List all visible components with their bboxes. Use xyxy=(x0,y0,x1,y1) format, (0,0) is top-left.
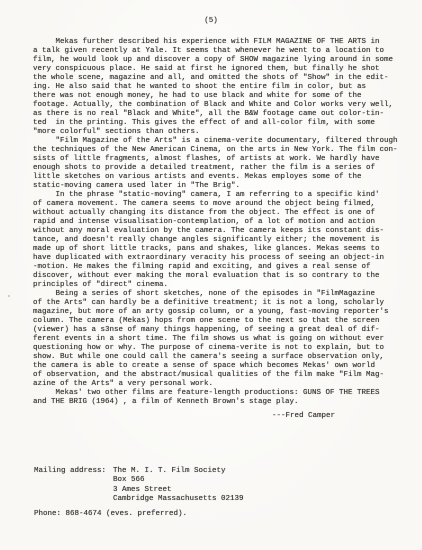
body-text-line: magazine, but more of an arty gossip col… xyxy=(33,308,405,317)
body-text-line: "more colorful" sections than others. xyxy=(33,128,405,137)
body-text-line: Mekas further described his experience w… xyxy=(33,38,405,47)
body-text-line: show. But while one could call the camer… xyxy=(33,353,405,362)
body-text-line: ing. He also said that he wanted to shoo… xyxy=(33,83,405,92)
body-text-line: principles of "direct" cinema. xyxy=(33,281,405,290)
body-text-line: of the Arts" can hardly be a definitive … xyxy=(33,299,405,308)
body-text-line: In the phrase "static-moving" camera, I … xyxy=(33,191,405,200)
body-text-line: made up of short little tracks, pans and… xyxy=(33,245,405,254)
body-text-line: Mekas' two other films are feature-lengt… xyxy=(33,389,405,398)
mailing-address-lines: The M. I. T. Film SocietyBox 5663 Ames S… xyxy=(113,467,244,504)
body-text-line: enough shots to provide a detailed treat… xyxy=(33,164,405,173)
body-text-line: little sketches on various artists and e… xyxy=(33,173,405,182)
body-text-line: column. The camera (Mekas) hops from one… xyxy=(33,317,405,326)
body-text-line: very conspicuous place. He said at first… xyxy=(33,65,405,74)
body-text-line: as there is no real "Black and White", a… xyxy=(33,110,405,119)
body-text-line: tance, and doesn't really change angles … xyxy=(33,236,405,245)
mailing-address-line: 3 Ames Street xyxy=(113,486,244,495)
body-text-line: sists of little fragments, almost flashe… xyxy=(33,155,405,164)
body-text-line: ted in the printing. This gives the effe… xyxy=(33,119,405,128)
body-text-line: footage. Actually, the combination of Bl… xyxy=(33,101,405,110)
body-text-line: have duplicated with extraordinary verac… xyxy=(33,254,405,263)
phone-line: Phone: 868-4674 (eves. preferred). xyxy=(34,510,187,519)
body-text-line: discover, without ever making the moral … xyxy=(33,272,405,281)
mailing-address-line: The M. I. T. Film Society xyxy=(113,467,244,476)
body-text-line: of observation, and the abstract/musical… xyxy=(33,371,405,380)
body-text-line: film, he would look up and discover a co… xyxy=(33,56,405,65)
page-number: (5) xyxy=(0,17,422,26)
author-signature: ---Fred Camper xyxy=(272,412,335,421)
mailing-address-block: Mailing address: The M. I. T. Film Socie… xyxy=(34,467,244,504)
body-text-line: of camera movement. The camera seems to … xyxy=(33,200,405,209)
mailing-address-line: Cambridge Massachusetts 02139 xyxy=(113,495,244,504)
body-text-line: without any moral evaluation by the came… xyxy=(33,227,405,236)
body-text-line: and THE BRIG (1964) , a film of Kenneth … xyxy=(33,398,405,407)
body-text-line: questioning how or why. The purpose of c… xyxy=(33,344,405,353)
body-text-line: ferent events in a short time. The film … xyxy=(33,335,405,344)
body-text-line: -motion. He makes the filming rapid and … xyxy=(33,263,405,272)
body-text-line: azine of the Arts" a very personal work. xyxy=(33,380,405,389)
document-body: Mekas further described his experience w… xyxy=(33,38,405,407)
scan-speck xyxy=(8,295,10,297)
body-text-line: (viewer) has a s3nse of many things happ… xyxy=(33,326,405,335)
body-text-line: the camera is able to create a sense of … xyxy=(33,362,405,371)
body-text-line: static-moving camera used later in "The … xyxy=(33,182,405,191)
mailing-address-label: Mailing address: xyxy=(34,467,113,476)
body-text-line: "Film Magazine of the Arts" is a cinema-… xyxy=(33,137,405,146)
body-text-line: there was not enough money, he had to us… xyxy=(33,92,405,101)
mailing-address-line: Box 566 xyxy=(113,476,244,485)
body-text-line: rapid and intense visualisation-contempl… xyxy=(33,218,405,227)
body-text-line: Being a series of short sketches, none o… xyxy=(33,290,405,299)
body-text-line: a talk given recently at Yale. It seems … xyxy=(33,47,405,56)
body-text-line: the techniques of the New American Cinem… xyxy=(33,146,405,155)
typewritten-document-page: (5) Mekas further described his experien… xyxy=(0,0,422,550)
body-text-line: the whole scene, magazine and all, and o… xyxy=(33,74,405,83)
body-text-line: without actually changing its distance f… xyxy=(33,209,405,218)
